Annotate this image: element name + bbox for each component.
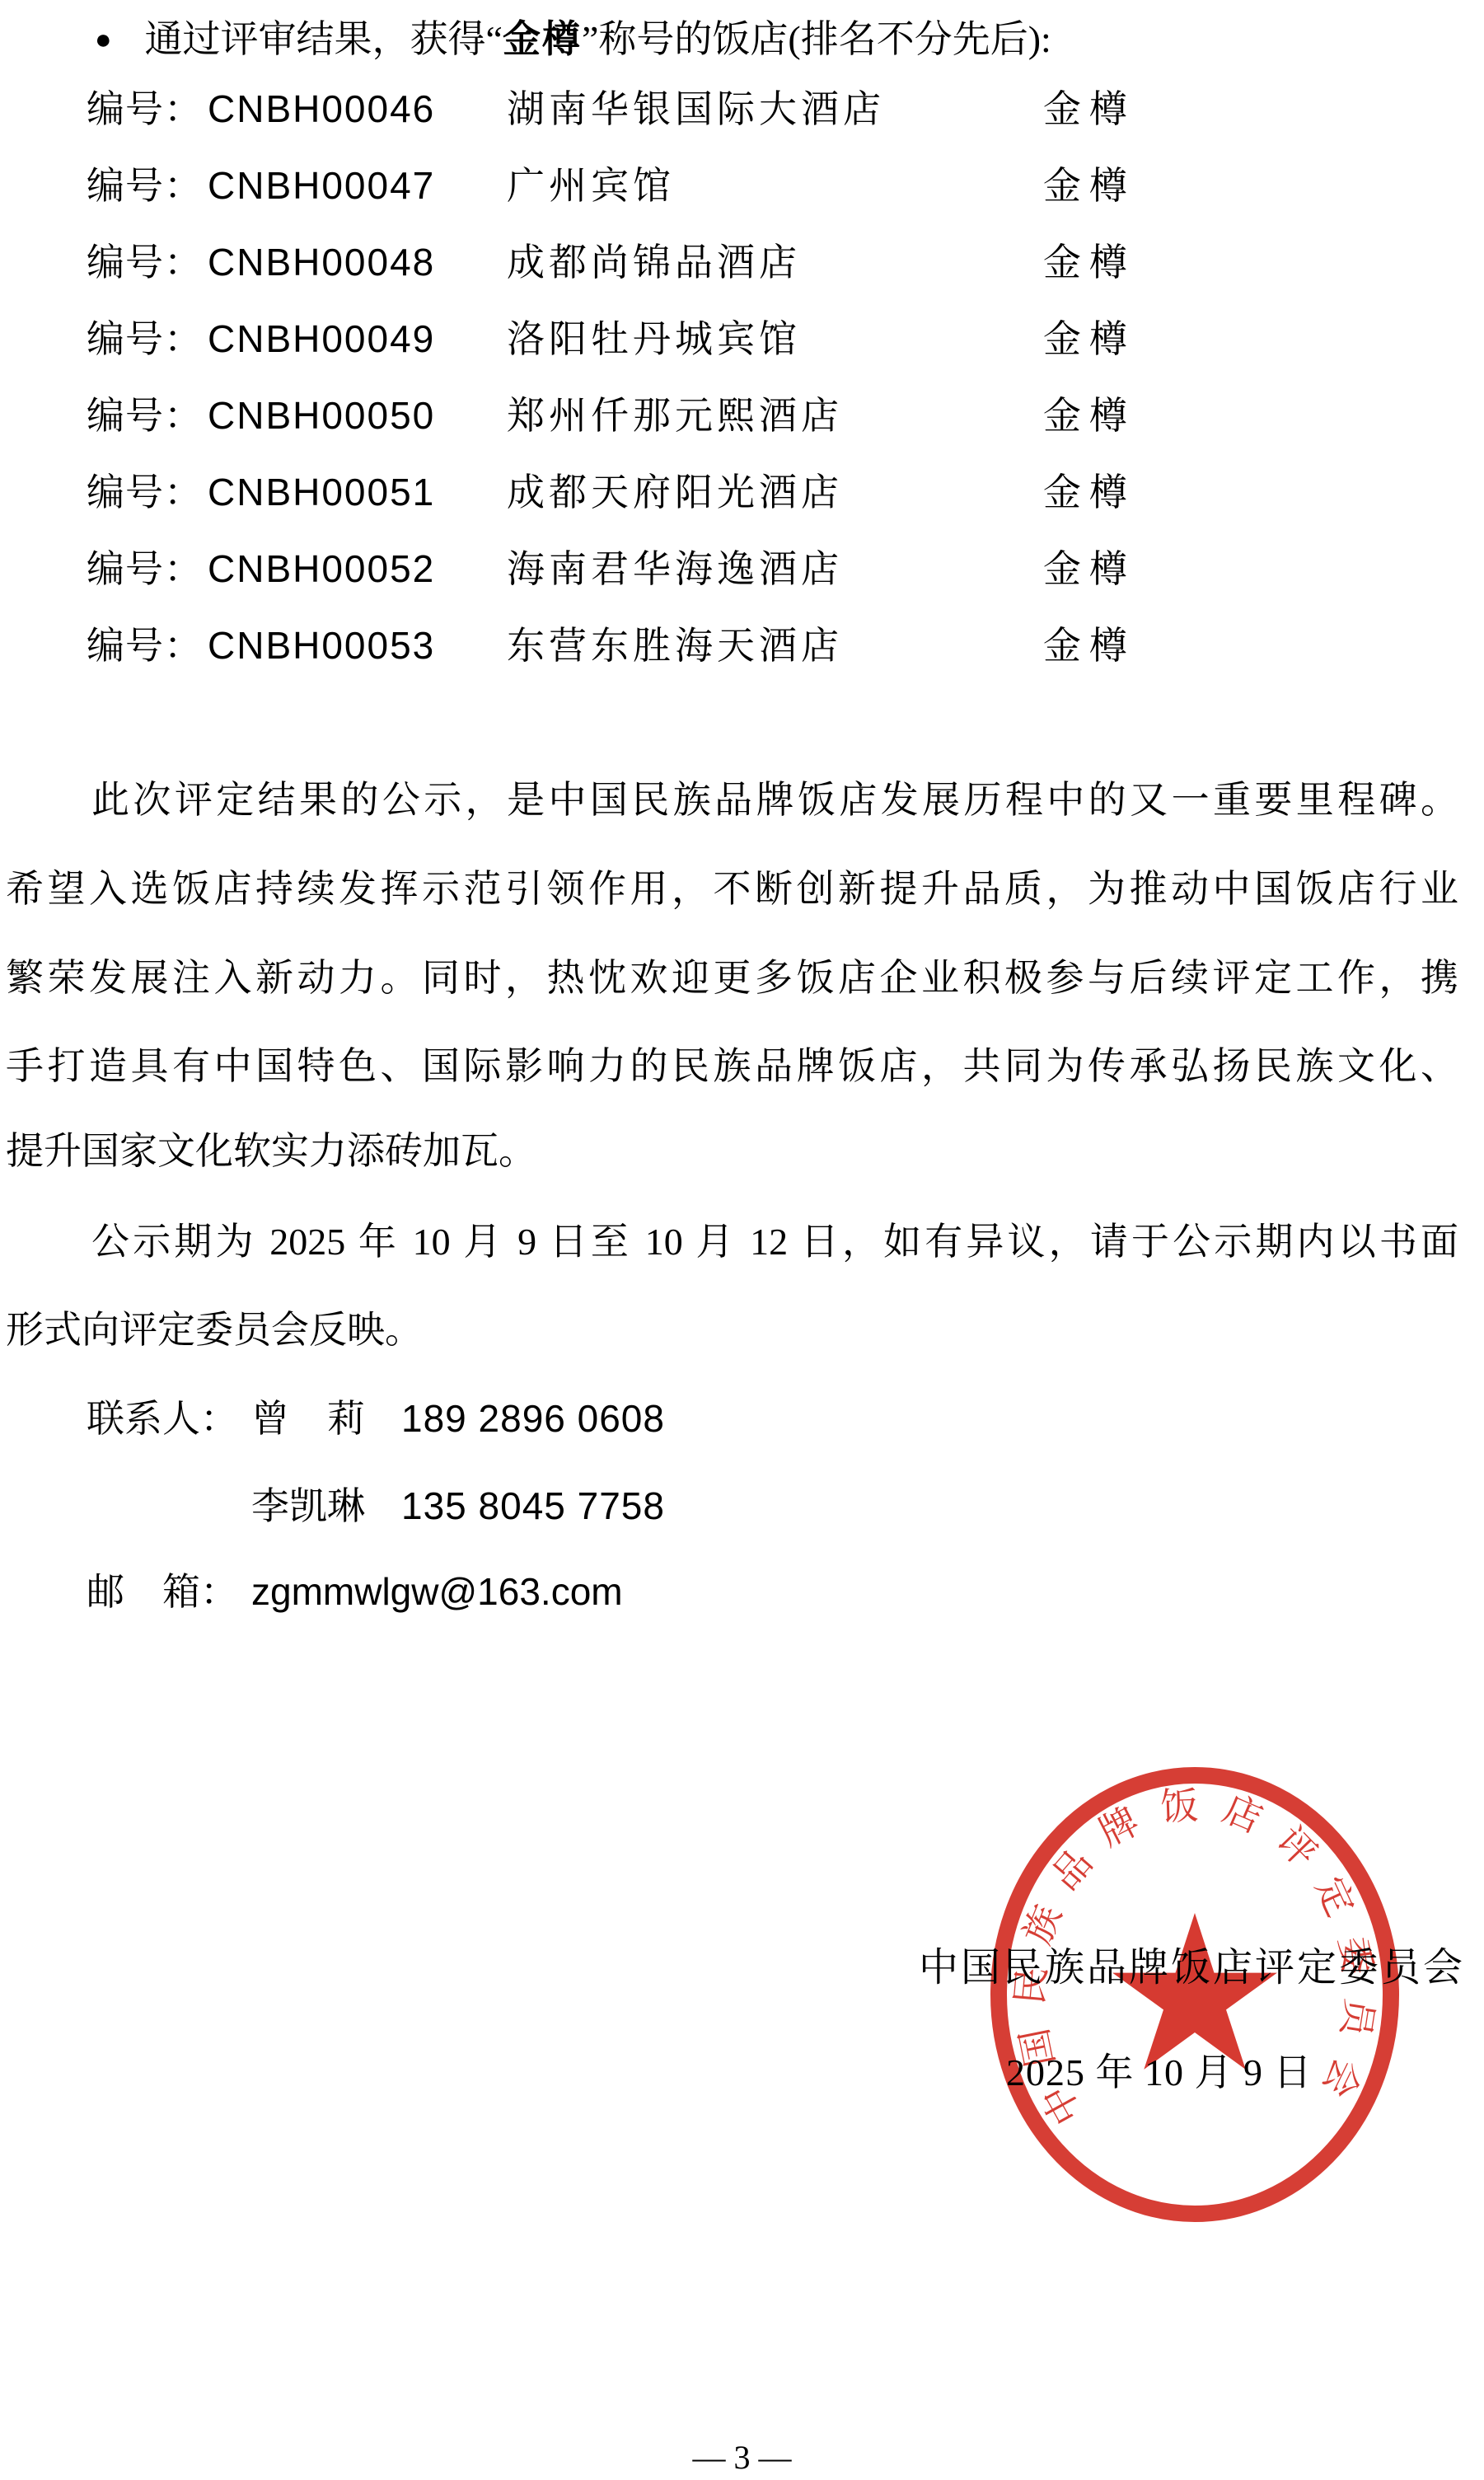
- row-hotel: 广州宾馆: [507, 163, 1043, 209]
- row-label: 编号：: [87, 470, 208, 516]
- row-award: 金樽: [1043, 163, 1135, 209]
- award-title: 金樽: [503, 18, 582, 60]
- row-label: 编号：: [87, 163, 208, 209]
- paragraph-line: 提升国家文化软实力添砖加瓦。: [6, 1127, 1458, 1175]
- row-code: CNBH00053: [208, 624, 435, 667]
- paragraph-line: 繁荣发展注入新动力。同时，热忱欢迎更多饭店企业积极参与后续评定工作，携: [6, 954, 1458, 1002]
- signature-date: 2025 年 10 月 9 日: [1006, 2042, 1313, 2097]
- contact-person-line: 联系人：曾 莉189 2896 0608: [87, 1395, 665, 1443]
- list-row: 编号：CNBH00050郑州仟那元熙酒店金樽: [87, 392, 1405, 442]
- document-page: ●通过评审结果，获得“金樽”称号的饭店(排名不分先后): 编号：CNBH0004…: [0, 0, 1484, 2480]
- row-hotel: 东营东胜海天酒店: [507, 623, 1043, 669]
- row-code: CNBH00046: [208, 87, 435, 130]
- row-award: 金樽: [1043, 393, 1135, 439]
- list-row: 编号：CNBH00052海南君华海逸酒店金樽: [87, 546, 1405, 595]
- row-label: 编号：: [87, 546, 208, 593]
- row-code: CNBH00052: [208, 547, 435, 590]
- row-hotel: 郑州仟那元熙酒店: [507, 393, 1043, 439]
- row-code: CNBH00049: [208, 317, 435, 360]
- contact-phone: 189 2896 0608: [401, 1397, 665, 1440]
- contact-name-2: 李凯琳: [251, 1483, 401, 1531]
- contact-phone-2: 135 8045 7758: [401, 1484, 665, 1527]
- paragraph-line: 希望入选饭店持续发挥示范引领作用，不断创新提升品质，为推动中国饭店行业: [6, 865, 1458, 913]
- paragraph-line: 此次评定结果的公示，是中国民族品牌饭店发展历程中的又一重要里程碑。: [6, 776, 1458, 824]
- bullet-text-prefix: 通过评审结果，获得“: [145, 18, 503, 60]
- paragraph-line: 公示期为 2025 年 10 月 9 日至 10 月 12 日，如有异议，请于公…: [6, 1218, 1458, 1266]
- row-award: 金樽: [1043, 87, 1135, 133]
- contact-label: 联系人：: [87, 1395, 251, 1443]
- row-hotel: 海南君华海逸酒店: [507, 546, 1043, 593]
- bullet-item: ●通过评审结果，获得“金樽”称号的饭店(排名不分先后):: [95, 16, 1051, 63]
- row-award: 金樽: [1043, 546, 1135, 593]
- row-award: 金樽: [1043, 316, 1135, 363]
- paragraph-line: 手打造具有中国特色、国际影响力的民族品牌饭店，共同为传承弘扬民族文化、: [6, 1043, 1458, 1090]
- list-row: 编号：CNBH00053东营东胜海天酒店金樽: [87, 622, 1405, 672]
- row-label: 编号：: [87, 87, 208, 133]
- contact-name: 曾 莉: [251, 1395, 401, 1443]
- contact-email-line: 邮 箱：zgmmwlgw@163.com: [87, 1568, 623, 1616]
- row-label: 编号：: [87, 393, 208, 439]
- row-hotel: 湖南华银国际大酒店: [507, 87, 1043, 133]
- row-code: CNBH00051: [208, 471, 435, 513]
- row-hotel: 洛阳牡丹城宾馆: [507, 316, 1043, 363]
- row-code: CNBH00047: [208, 164, 435, 207]
- paragraph-line: 形式向评定委员会反映。: [6, 1306, 1458, 1354]
- list-row: 编号：CNBH00047广州宾馆金樽: [87, 162, 1405, 212]
- list-row: 编号：CNBH00046湖南华银国际大酒店金樽: [87, 86, 1405, 135]
- row-label: 编号：: [87, 240, 208, 286]
- contact-person-line-2: 李凯琳135 8045 7758: [87, 1482, 665, 1531]
- row-hotel: 成都天府阳光酒店: [507, 470, 1043, 516]
- row-award: 金樽: [1043, 470, 1135, 516]
- list-row: 编号：CNBH00051成都天府阳光酒店金樽: [87, 469, 1405, 518]
- row-award: 金樽: [1043, 623, 1135, 669]
- row-hotel: 成都尚锦品酒店: [507, 240, 1043, 286]
- page-number: — 3 —: [0, 2438, 1484, 2477]
- official-seal: 中国民族品牌饭店评定委员会: [948, 1731, 1442, 2267]
- bullet-text-suffix: ”称号的饭店(排名不分先后):: [582, 18, 1051, 60]
- row-code: CNBH00050: [208, 394, 435, 437]
- email-label: 邮 箱：: [87, 1568, 251, 1616]
- row-award: 金樽: [1043, 240, 1135, 286]
- signature-committee: 中国民族品牌饭店评定委员会: [919, 1935, 1465, 1992]
- email-value: zgmmwlgw@163.com: [251, 1570, 623, 1613]
- list-row: 编号：CNBH00048成都尚锦品酒店金樽: [87, 239, 1405, 288]
- bullet-icon: ●: [95, 25, 112, 55]
- row-label: 编号：: [87, 623, 208, 669]
- list-row: 编号：CNBH00049洛阳牡丹城宾馆金樽: [87, 316, 1405, 365]
- row-code: CNBH00048: [208, 241, 435, 284]
- row-label: 编号：: [87, 316, 208, 363]
